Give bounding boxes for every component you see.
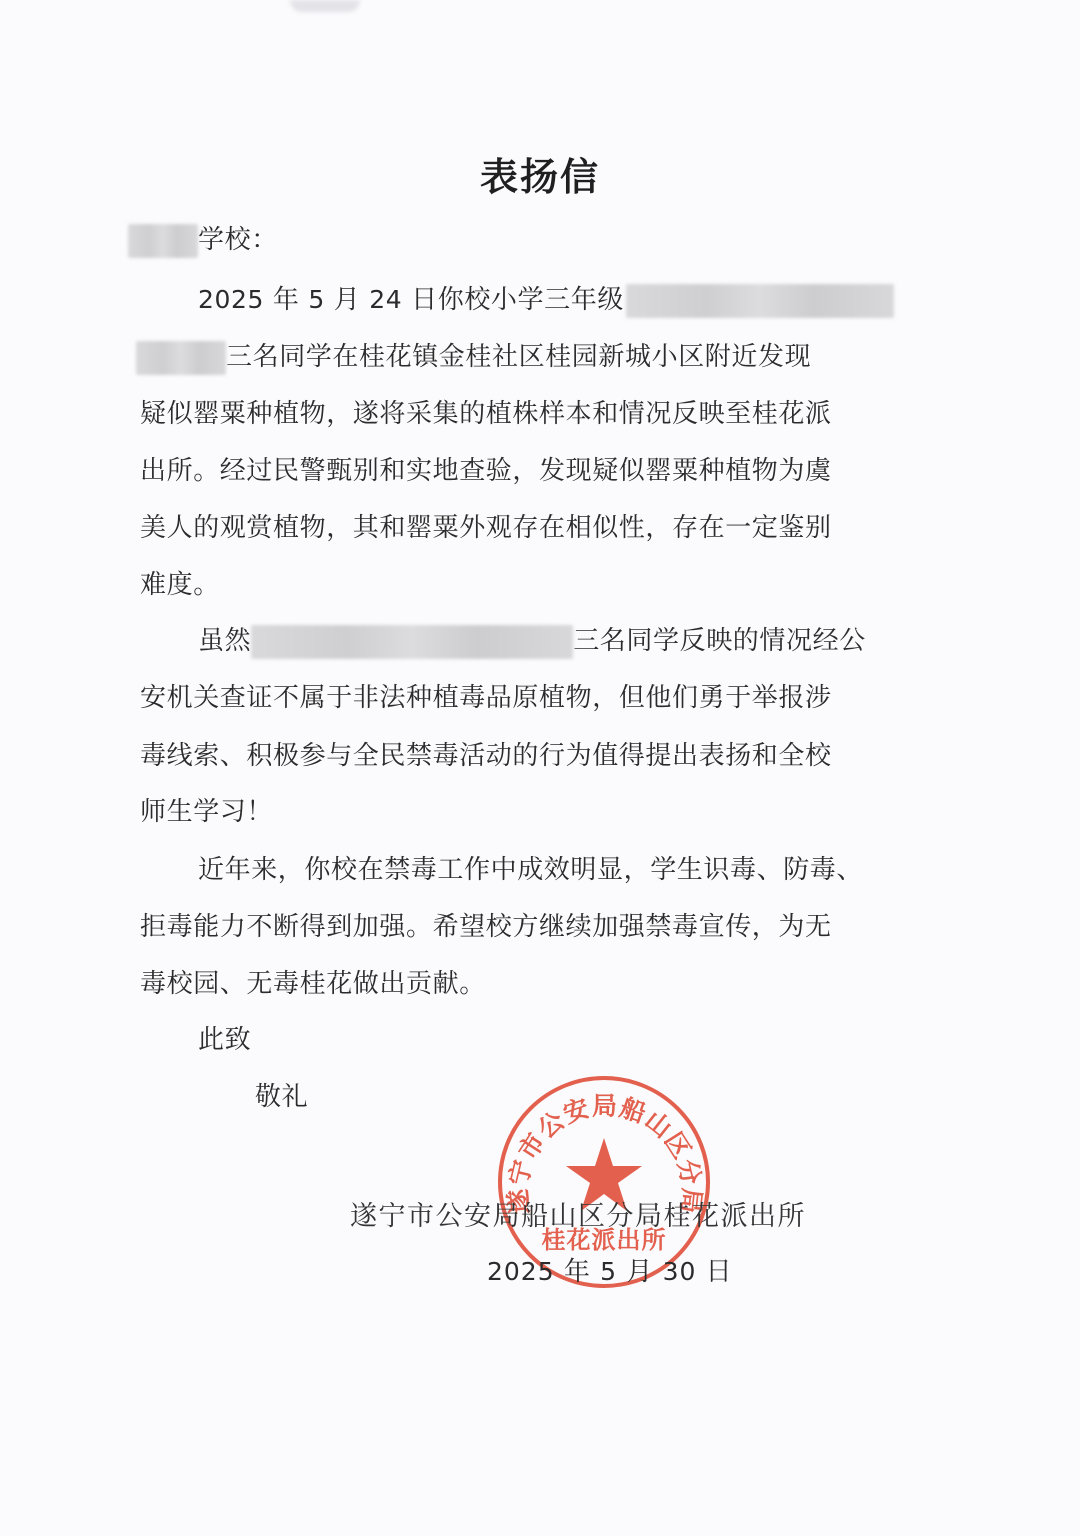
- text: 月: [325, 285, 369, 315]
- text: 三名同学反映的情况经公: [573, 626, 866, 656]
- text: 虽然: [198, 626, 251, 656]
- redacted-student-name: [136, 341, 226, 375]
- salutation: 学校：: [128, 222, 278, 258]
- issuer-signature: 遂宁市公安局船山区分局桂花派出所: [350, 1194, 806, 1233]
- text: 三名同学在桂花镇金桂社区桂园新城小区附近发现: [226, 342, 811, 372]
- paragraph-1-line-5: 美人的观赏植物，其和罂粟外观存在相似性，存在一定鉴别: [140, 510, 832, 546]
- paragraph-1-line-1: 2025 年 5 月 24 日你校小学三年级: [198, 282, 894, 318]
- letter-title: 表扬信: [0, 146, 1080, 201]
- paragraph-1-line-2: 三名同学在桂花镇金桂社区桂园新城小区附近发现: [136, 339, 811, 375]
- text: 日: [696, 1257, 732, 1287]
- scan-artifact: [290, 0, 360, 12]
- redacted-student-names: [251, 625, 573, 659]
- redacted-school-name: [128, 224, 198, 258]
- issue-date: 2025 年 5 月 30 日: [487, 1251, 733, 1288]
- paragraph-1-line-4: 出所。经过民警甄别和实地查验，发现疑似罂粟种植物为虞: [140, 453, 832, 489]
- text: 日你校小学三年级: [402, 285, 624, 315]
- paragraph-2-line-1: 虽然三名同学反映的情况经公: [198, 623, 866, 659]
- paragraph-1-line-6: 难度。: [140, 567, 220, 603]
- paragraph-3-line-3: 毒校园、无毒桂花做出贡献。: [140, 966, 486, 1002]
- paragraph-1-line-3: 疑似罂粟种植物，遂将采集的植株样本和情况反映至桂花派: [140, 396, 832, 432]
- paragraph-2-line-4: 师生学习！: [140, 794, 273, 830]
- salutation-text: 学校：: [198, 225, 278, 255]
- redacted-student-names: [626, 284, 894, 318]
- text: 年: [555, 1257, 601, 1287]
- year: 2025: [198, 285, 264, 314]
- paragraph-2-line-3: 毒线索、积极参与全民禁毒活动的行为值得提出表扬和全校: [140, 738, 832, 774]
- day: 24: [369, 285, 402, 314]
- date-month: 5: [600, 1257, 617, 1286]
- letter-page: 表扬信 学校： 2025 年 5 月 24 日你校小学三年级 三名同学在桂花镇金…: [0, 0, 1080, 1536]
- text: 年: [264, 285, 308, 315]
- closing-jingli: 敬礼: [255, 1079, 308, 1115]
- paragraph-2-line-2: 安机关查证不属于非法种植毒品原植物，但他们勇于举报涉: [140, 680, 832, 716]
- date-year: 2025: [487, 1257, 555, 1286]
- closing-cizhi: 此致: [198, 1022, 251, 1058]
- month: 5: [308, 285, 325, 314]
- text: 月: [617, 1257, 663, 1287]
- paragraph-3-line-2: 拒毒能力不断得到加强。希望校方继续加强禁毒宣传，为无: [140, 909, 832, 945]
- date-day: 30: [663, 1257, 697, 1286]
- paragraph-3-line-1: 近年来，你校在禁毒工作中成效明显，学生识毒、防毒、: [198, 852, 863, 888]
